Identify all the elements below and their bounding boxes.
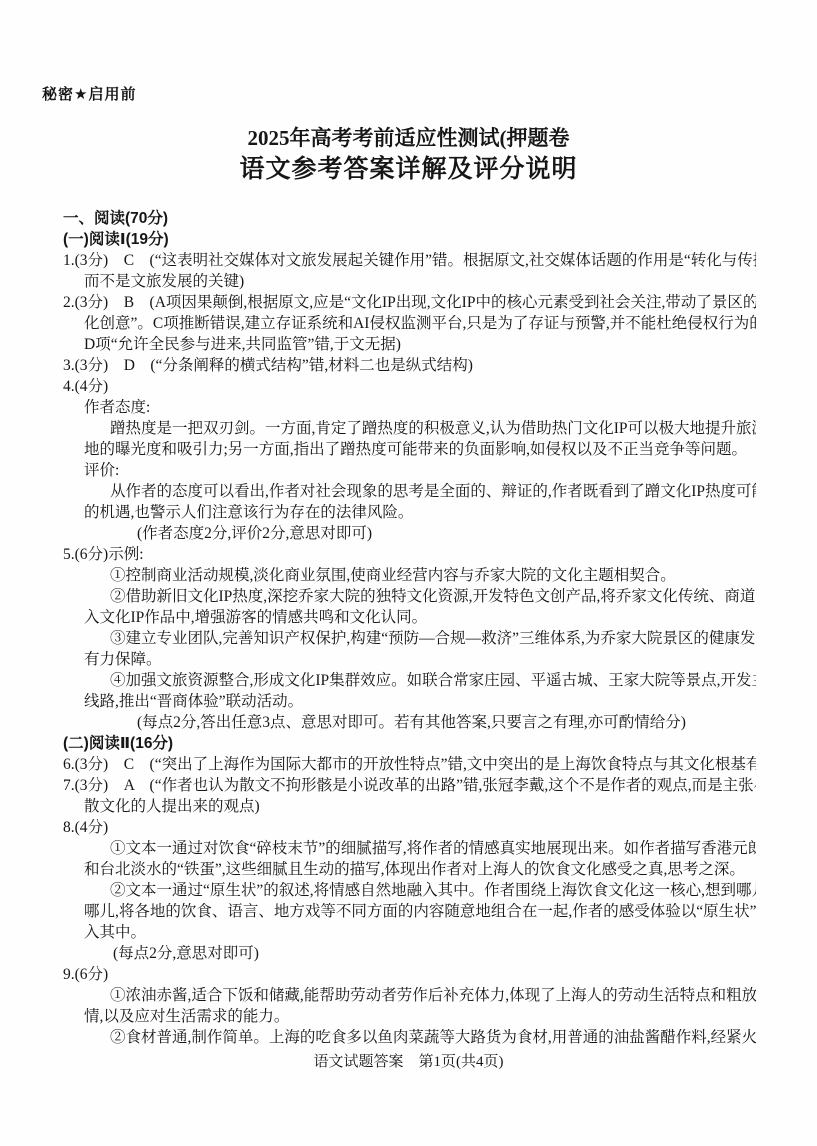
security-notice: 秘密★启用前 — [42, 83, 136, 104]
answer-line: ①文本一通过对饮食“碎枝末节”的细腻描写,将作者的情感真实地展现出来。如作者描写… — [63, 838, 756, 859]
answer-line: 评价: — [63, 460, 756, 481]
answer-line: 而不是文旅发展的关键) — [63, 271, 756, 292]
answer-line: (每点2分,意思对即可) — [63, 943, 756, 964]
answer-line: 的机遇,也警示人们注意该行为存在的法律风险。 — [63, 502, 756, 523]
answer-line: ②文本一通过“原生状”的叙述,将情感自然地融入其中。作者围绕上海饮食文化这一核心… — [63, 880, 756, 901]
answer-line: 从作者的态度可以看出,作者对社会现象的思考是全面的、辩证的,作者既看到了蹭文化I… — [63, 481, 756, 502]
answer-line: 4.(4分) — [63, 376, 756, 397]
answer-line: 2.(3分) B (A项因果颠倒,根据原文,应是“文化IP出现,文化IP中的核心… — [63, 292, 756, 313]
answer-line: (作者态度2分,评价2分,意思对即可) — [63, 523, 756, 544]
answer-line: (每点2分,答出任意3点、意思对即可。若有其他答案,只要言之有理,亦可酌情给分) — [63, 712, 756, 733]
answer-line: (一)阅读Ⅰ(19分) — [63, 229, 756, 250]
answer-line: 8.(4分) — [63, 817, 756, 838]
answer-line: ②借助新旧文化IP热度,深挖乔家大院的独特文化资源,开发特色文创产品,将乔家文化… — [63, 586, 756, 607]
answer-line: 有力保障。 — [63, 649, 756, 670]
answer-content: 一、阅读(70分)(一)阅读Ⅰ(19分)1.(3分) C (“这表明社交媒体对文… — [63, 208, 756, 1048]
answer-line: ①控制商业活动规模,淡化商业氛围,使商业经营内容与乔家大院的文化主题相契合。 — [63, 565, 756, 586]
answer-line: 蹭热度是一把双刃剑。一方面,肯定了蹭热度的积极意义,认为借助热门文化IP可以极大… — [63, 418, 756, 439]
answer-line: ①浓油赤酱,适合下饭和储藏,能帮助劳动者劳作后补充体力,体现了上海人的劳动生活特… — [63, 985, 756, 1006]
document-title: 2025年高考考前适应性测试(押题卷 — [0, 122, 817, 152]
answer-line: 7.(3分) A (“作者也认为散文不拘形骸是小说改革的出路”错,张冠李戴,这个… — [63, 775, 756, 796]
answer-line: (二)阅读Ⅱ(16分) — [63, 733, 756, 754]
answer-line: 5.(6分)示例: — [63, 544, 756, 565]
answer-line: 1.(3分) C (“这表明社交媒体对文旅发展起关键作用”错。根据原文,社交媒体… — [63, 250, 756, 271]
answer-line: ④加强文旅资源整合,形成文化IP集群效应。如联合常家庄园、平遥古城、王家大院等景… — [63, 670, 756, 691]
answer-line: 哪儿,将各地的饮食、语言、地方戏等不同方面的内容随意地组合在一起,作者的感受体验… — [63, 901, 756, 922]
page-footer: 语文试题答案 第1页(共4页) — [0, 1050, 817, 1071]
exam-answer-page: 秘密★启用前 2025年高考考前适应性测试(押题卷 语文参考答案详解及评分说明 … — [0, 0, 817, 1146]
answer-line: D项“允许全民参与进来,共同监管”错,于文无据) — [63, 334, 756, 355]
answer-line: ②食材普通,制作简单。上海的吃食多以鱼肉菜蔬等大路货为食材,用普通的油盐酱醋作料… — [63, 1027, 756, 1048]
answer-line: 地的曝光度和吸引力;另一方面,指出了蹭热度可能带来的负面影响,如侵权以及不正当竞… — [63, 439, 756, 460]
document-subtitle: 语文参考答案详解及评分说明 — [0, 149, 817, 185]
answer-line: 散文化的人提出来的观点) — [63, 796, 756, 817]
answer-line: 一、阅读(70分) — [63, 208, 756, 229]
answer-line: 线路,推出“晋商体验”联动活动。 — [63, 691, 756, 712]
answer-line: 9.(6分) — [63, 964, 756, 985]
answer-line: 作者态度: — [63, 397, 756, 418]
answer-line: 3.(3分) D (“分条阐释的横式结构”错,材料二也是纵式结构) — [63, 355, 756, 376]
answer-line: 6.(3分) C (“突出了上海作为国际大都市的开放性特点”错,文中突出的是上海… — [63, 754, 756, 775]
answer-line: 入文化IP作品中,增强游客的情感共鸣和文化认同。 — [63, 607, 756, 628]
answer-line: 和台北淡水的“铁蛋”,这些细腻且生动的描写,体现出作者对上海人的饮食文化感受之真… — [63, 859, 756, 880]
answer-line: 情,以及应对生活需求的能力。 — [63, 1006, 756, 1027]
answer-line: 入其中。 — [63, 922, 756, 943]
answer-line: 化创意”。C项推断错误,建立存证系统和AI侵权监测平台,只是为了存证与预警,并不… — [63, 313, 756, 334]
answer-line: ③建立专业团队,完善知识产权保护,构建“预防—合规—救济”三维体系,为乔家大院景… — [63, 628, 756, 649]
